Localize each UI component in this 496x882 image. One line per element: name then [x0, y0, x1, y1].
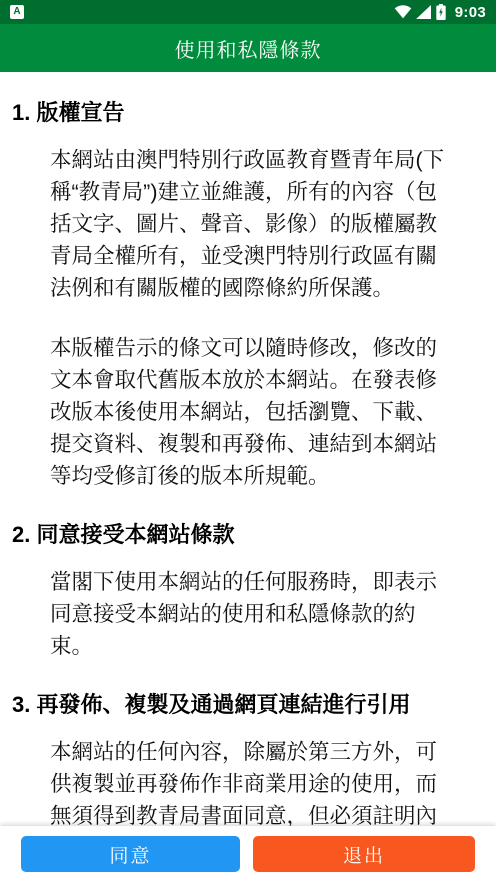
phone-screen: A 9:03 使用和私隱條款: [0, 0, 496, 882]
section-heading: 1. 版權宣告: [12, 98, 484, 128]
terms-section-republish: 3. 再發佈、複製及通過網頁連結進行引用 本網站的任何內容，除屬於第三方外，可供…: [12, 690, 484, 826]
status-bar-icons: 9:03: [394, 4, 486, 21]
notification-app-icon: A: [10, 5, 24, 19]
wifi-icon: [394, 5, 412, 19]
section-heading: 2. 同意接受本網站條款: [12, 520, 484, 550]
cellular-signal-icon: [416, 5, 432, 19]
app-bar: 使用和私隱條款: [0, 24, 496, 72]
terms-section-copyright: 1. 版權宣告 本網站由澳門特別行政區教育暨青年局(下稱“教青局”)建立並維護，…: [12, 98, 484, 492]
page-title: 使用和私隱條款: [175, 34, 322, 63]
terms-scroll-area[interactable]: 1. 版權宣告 本網站由澳門特別行政區教育暨青年局(下稱“教青局”)建立並維護，…: [0, 72, 496, 826]
agree-button[interactable]: 同意: [21, 836, 240, 872]
terms-paragraph: 本版權告示的條文可以隨時修改，修改的文本會取代舊版本放於本網站。在發表修改版本後…: [50, 332, 446, 492]
status-bar: A 9:03: [0, 0, 496, 24]
status-bar-clock: 9:03: [455, 4, 486, 21]
battery-charging-icon: [436, 4, 446, 20]
terms-paragraph: 當閣下使用本網站的任何服務時，即表示同意接受本網站的使用和私隱條款的約束。: [50, 566, 446, 662]
terms-paragraph: 本網站由澳門特別行政區教育暨青年局(下稱“教青局”)建立並維護，所有的內容（包括…: [50, 144, 446, 304]
section-heading: 3. 再發佈、複製及通過網頁連結進行引用: [12, 690, 484, 720]
terms-section-acceptance: 2. 同意接受本網站條款 當閣下使用本網站的任何服務時，即表示同意接受本網站的使…: [12, 520, 484, 662]
exit-button[interactable]: 退出: [253, 836, 475, 872]
bottom-action-bar: 同意 退出: [0, 826, 496, 882]
terms-paragraph: 本網站的任何內容，除屬於第三方外，可供複製並再發佈作非商業用途的使用，而無須得到…: [50, 736, 446, 826]
